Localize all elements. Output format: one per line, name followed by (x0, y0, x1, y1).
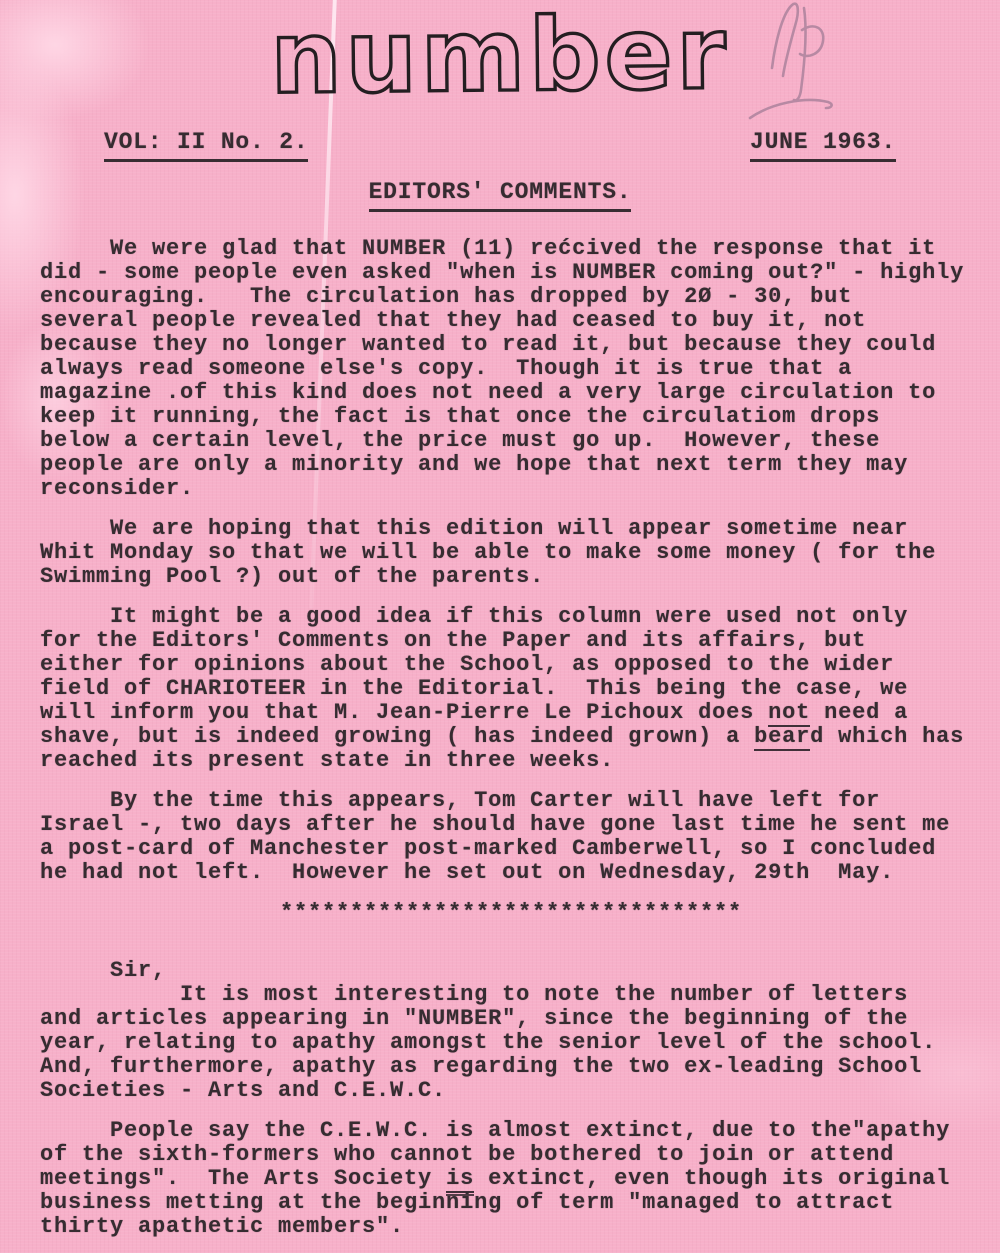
paragraph: We are hoping that this edition will app… (40, 517, 982, 589)
document-body: We were glad that NUMBER (11) rećcived t… (0, 237, 1000, 1239)
issue-date: JUNE 1963. (750, 129, 896, 162)
masthead-bubble-lettering: number (265, 8, 735, 108)
paragraph: Sir, It is most interesting to note the … (40, 959, 982, 1103)
scanned-document-page: number VOL: II No. 2. JUNE 1963. EDITORS… (0, 0, 1000, 1253)
masthead-title: number (270, 8, 731, 108)
underlined-word: not (768, 700, 810, 727)
section-heading: EDITORS' COMMENTS. (0, 179, 1000, 205)
paragraph: We were glad that NUMBER (11) rećcived t… (40, 237, 982, 501)
section-heading-text: EDITORS' COMMENTS. (369, 179, 632, 212)
paragraph: By the time this appears, Tom Carter wil… (40, 789, 982, 885)
volume-number: VOL: II No. 2. (104, 129, 308, 162)
paragraph: It might be a good idea if this column w… (40, 605, 982, 773)
underlined-word: is (446, 1166, 474, 1193)
issue-header-row: VOL: II No. 2. JUNE 1963. (0, 129, 1000, 162)
underlined-word: bear (754, 724, 810, 751)
paragraph: People say the C.E.W.C. is almost extinc… (40, 1119, 982, 1239)
masthead: number (0, 0, 1000, 113)
asterisk-divider: ********************************* (40, 901, 982, 925)
